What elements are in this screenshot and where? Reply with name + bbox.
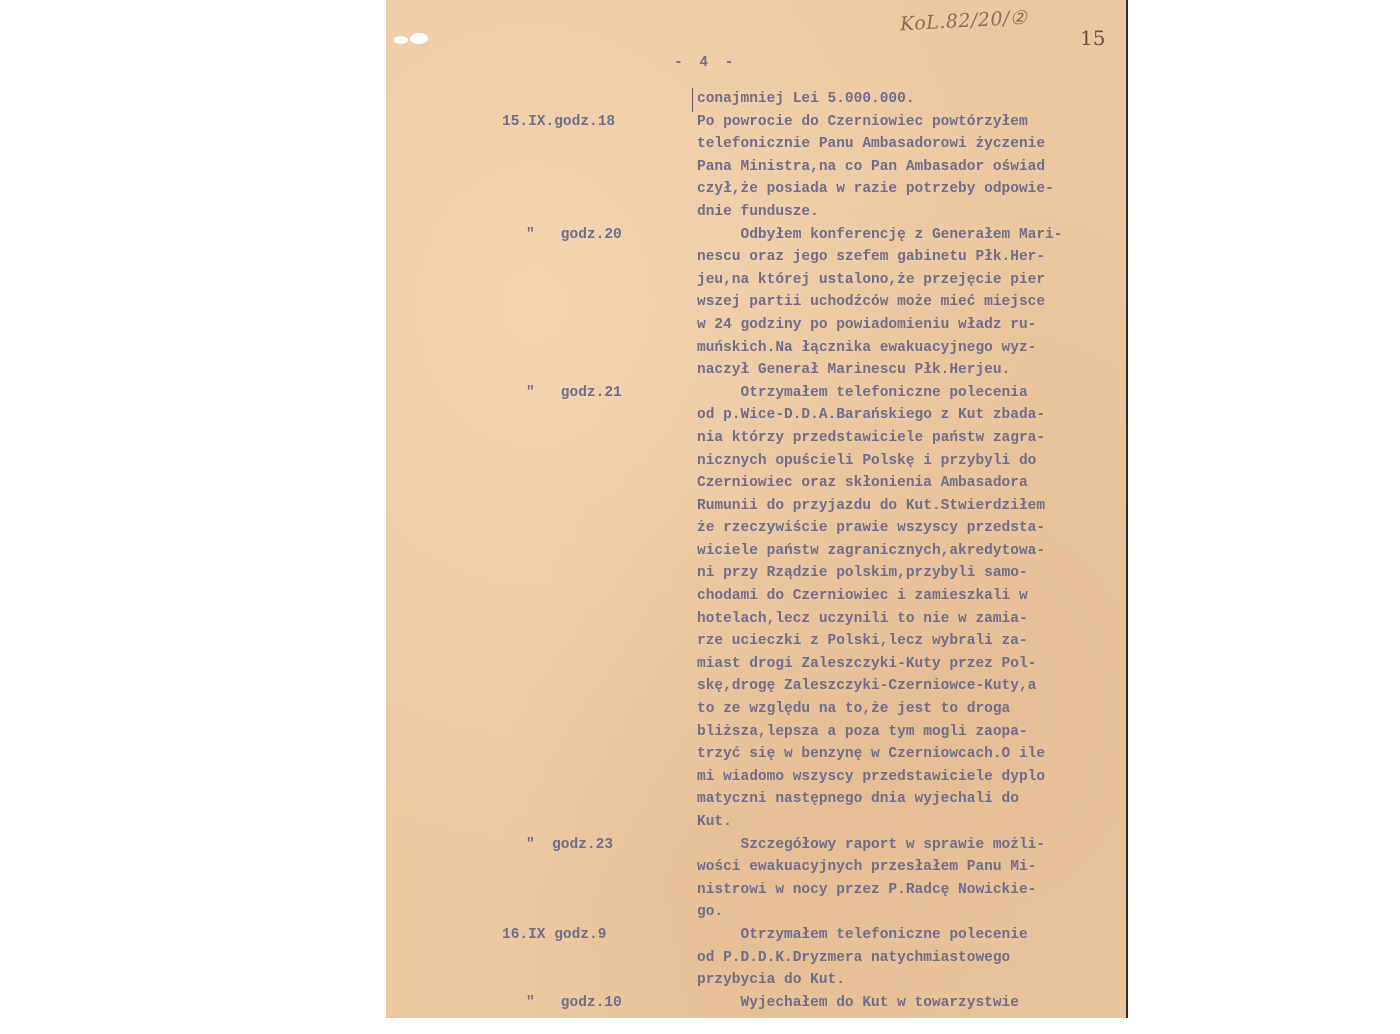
body-line: telefonicznie Panu Ambasadorowi życzenie [697,133,1062,156]
body-line: Kut. [697,811,1062,834]
body-line: Otrzymałem telefoniczne polecenia [697,382,1062,405]
body-line: czył,że posiada w razie potrzeby odpowie… [697,178,1062,201]
body-line: Rumunii do przyjazdu do Kut.Stwierdziłem [697,495,1062,518]
body-line: ni przy Rządzie polskim,przybyli samo- [697,562,1062,585]
document-body: conajmniej Lei 5.000.000.Po powrocie do … [697,88,1062,1014]
body-line: od p.Wice-D.D.A.Barańskiego z Kut zbada- [697,404,1062,427]
margin-timestamp: " godz.10 [526,992,622,1015]
body-line: nia którzy przedstawiciele państw zagra- [697,427,1062,450]
body-line: Czerniowiec oraz skłonienia Ambasadora [697,472,1062,495]
body-line: nescu oraz jego szefem gabinetu Płk.Her- [697,246,1062,269]
body-line: w 24 godziny po powiadomieniu władz ru- [697,314,1062,337]
margin-timestamp: " godz.20 [526,224,622,247]
body-line: że rzeczywiście prawie wszyscy przedsta- [697,517,1062,540]
body-line: nistrowi w nocy przez P.Radcę Nowickie- [697,879,1062,902]
margin-timestamp: " godz.21 [526,382,622,405]
margin-bracket-mark [692,88,693,112]
body-line: nicznych opuścieli Polskę i przybyli do [697,450,1062,473]
paper-damage [410,33,428,44]
body-line: mi wiadomo wszyscy przedstawiciele dyplo [697,766,1062,789]
archive-signature: KoL.82/20/② [900,7,1028,36]
body-line: Odbyłem konferencję z Generałem Mari- [697,224,1062,247]
paper-damage [394,36,408,44]
body-line: to ze względu na to,że jest to droga [697,698,1062,721]
body-line: dnie fundusze. [697,201,1062,224]
body-line: Otrzymałem telefoniczne polecenie [697,924,1062,947]
body-line: rze ucieczki z Polski,lecz wybrali za- [697,630,1062,653]
body-line: Wyjechałem do Kut w towarzystwie [697,992,1062,1015]
margin-timestamp: 16.IX godz.9 [502,924,606,947]
margin-timestamp: " godz.23 [526,834,613,857]
body-line: wości ewakuacyjnych przesłałem Panu Mi- [697,856,1062,879]
body-line: Szczegółowy raport w sprawie możli- [697,834,1062,857]
page-number: - 4 - [674,52,738,75]
body-line: trzyć się w benzynę w Czerniowcach.O ile [697,743,1062,766]
body-line: hotelach,lecz uczynili to nie w zamia- [697,608,1062,631]
body-line: Po powrocie do Czerniowiec powtórzyłem [697,111,1062,134]
body-line: matyczni następnego dnia wyjechali do [697,788,1062,811]
body-line: bliższa,lepsza a poza tym mogli zaopa- [697,721,1062,744]
body-line: skę,drogę Zaleszczyki-Czerniowce-Kuty,a [697,675,1062,698]
body-line: naczył Generał Marinescu Płk.Herjeu. [697,359,1062,382]
body-line: Pana Ministra,na co Pan Ambasador oświad [697,156,1062,179]
body-line: conajmniej Lei 5.000.000. [697,88,1062,111]
document-page: KoL.82/20/② 15 - 4 - 15.IX.godz.18" godz… [386,0,1128,1018]
body-line: jeu,na której ustalono,że przejęcie pier [697,269,1062,292]
body-line: go. [697,901,1062,924]
body-line: miast drogi Zaleszczyki-Kuty przez Pol- [697,653,1062,676]
body-line: chodami do Czerniowiec i zamieszkali w [697,585,1062,608]
body-line: wiciele państw zagranicznych,akredytowa- [697,540,1062,563]
margin-timestamp: 15.IX.godz.18 [502,111,615,134]
body-line: przybycia do Kut. [697,969,1062,992]
body-line: muńskich.Na łącznika ewakuacyjnego wyz- [697,337,1062,360]
body-line: od P.D.D.K.Dryzmera natychmiastowego [697,947,1062,970]
folio-number: 15 [1080,26,1105,50]
body-line: wszej partii uchodźców może mieć miejsce [697,291,1062,314]
